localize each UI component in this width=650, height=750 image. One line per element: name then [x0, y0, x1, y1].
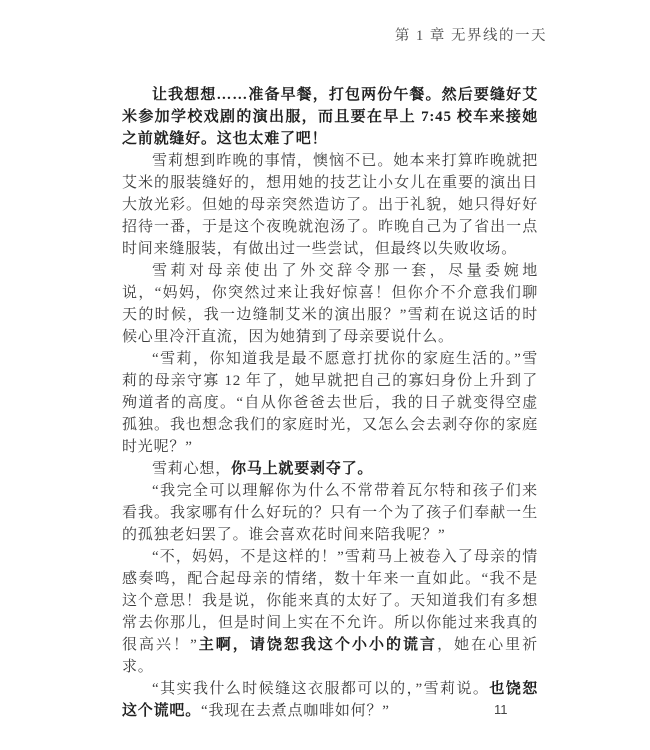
- body-text: “雪莉，你知道我是最不愿意打扰你的家庭生活的。”雪莉的母亲守寡 12 年了，她早…: [122, 351, 538, 455]
- book-page: 第 1 章 无界线的一天 让我想想……准备早餐，打包两份午餐。然后要缝好艾米参加…: [0, 0, 650, 750]
- page-number: 11: [494, 702, 508, 717]
- paragraph: “我完全可以理解你为什么不常带着瓦尔特和孩子们来看我。我家哪有什么好玩的？只有一…: [122, 480, 538, 546]
- page-content: 让我想想……准备早餐，打包两份午餐。然后要缝好艾米参加学校戏剧的演出服，而且要在…: [122, 84, 538, 722]
- body-text: “我完全可以理解你为什么不常带着瓦尔特和孩子们来看我。我家哪有什么好玩的？只有一…: [122, 483, 538, 543]
- paragraph: 让我想想……准备早餐，打包两份午餐。然后要缝好艾米参加学校戏剧的演出服，而且要在…: [122, 84, 538, 150]
- paragraph: 雪莉想到昨晚的事情，懊恼不已。她本来打算昨晚就把艾米的服装缝好的，想用她的技艺让…: [122, 150, 538, 260]
- paragraph: “其实我什么时候缝这衣服都可以的，”雪莉说。也饶恕这个谎吧。“我现在去煮点咖啡如…: [122, 678, 538, 722]
- body-text: 雪莉对母亲使出了外交辞令那一套，尽量委婉地说，“妈妈，你突然过来让我好惊喜！但你…: [122, 263, 538, 345]
- chapter-running-head: 第 1 章 无界线的一天: [395, 24, 547, 45]
- emphasis-text: 主啊，请饶恕我这个小小的谎言: [198, 637, 438, 653]
- body-text: 雪莉想到昨晚的事情，懊恼不已。她本来打算昨晚就把艾米的服装缝好的，想用她的技艺让…: [122, 153, 538, 257]
- paragraph: “不，妈妈，不是这样的！”雪莉马上被卷入了母亲的情感奏鸣，配合起母亲的情绪，数十…: [122, 546, 538, 678]
- paragraph: “雪莉，你知道我是最不愿意打扰你的家庭生活的。”雪莉的母亲守寡 12 年了，她早…: [122, 348, 538, 458]
- emphasis-text: 让我想想……准备早餐，打包两份午餐。然后要缝好艾米参加学校戏剧的演出服，而且要在…: [122, 87, 538, 147]
- paragraph: 雪莉对母亲使出了外交辞令那一套，尽量委婉地说，“妈妈，你突然过来让我好惊喜！但你…: [122, 260, 538, 348]
- paragraph: 雪莉心想，你马上就要剥夺了。: [122, 458, 538, 480]
- body-text: “我现在去煮点咖啡如何？”: [201, 703, 390, 719]
- body-text: “其实我什么时候缝这衣服都可以的，”雪莉说。: [152, 681, 489, 697]
- body-text: 雪莉心想，: [152, 461, 231, 477]
- emphasis-text: 你马上就要剥夺了。: [231, 461, 373, 477]
